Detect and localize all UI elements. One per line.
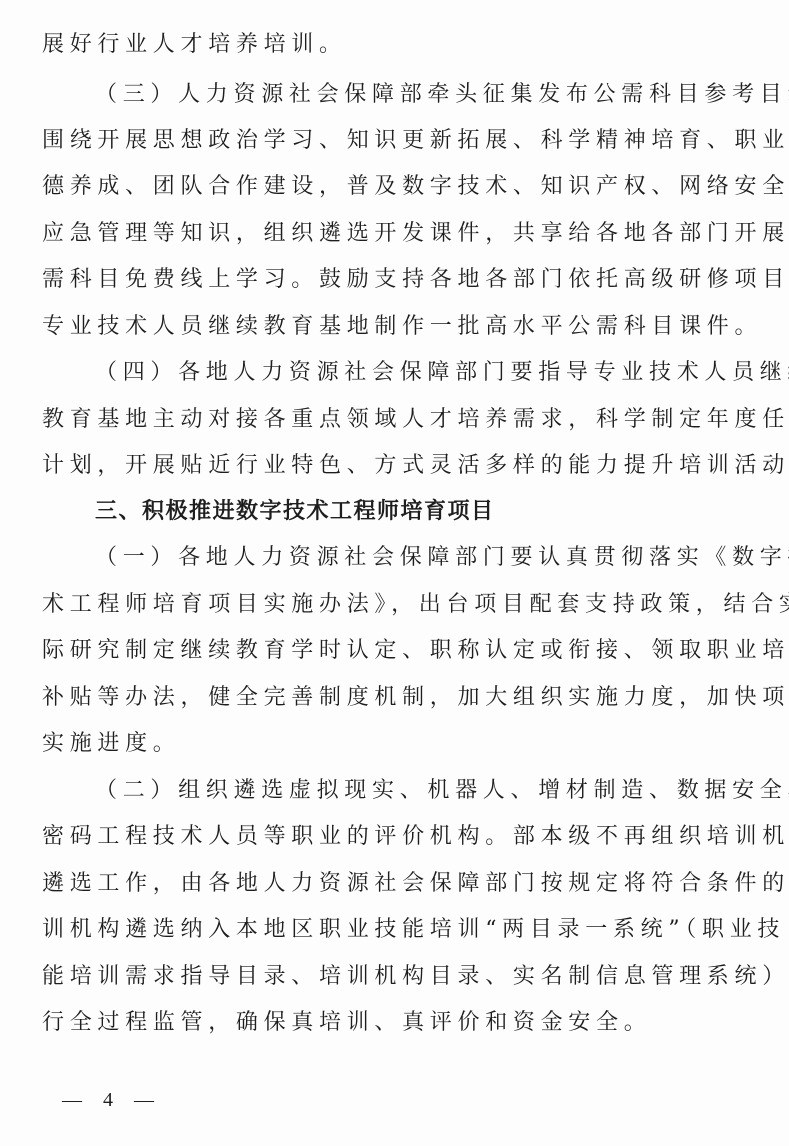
paragraph-line: 遴选工作，由各地人力资源社会保障部门按规定将符合条件的培 (42, 869, 742, 899)
paragraph-item-1-start: （一）各地人力资源社会保障部门要认真贯彻落实《数字技 (95, 543, 789, 573)
paragraph-line: 训机构遴选纳入本地区职业技能培训“两目录一系统”（职业技 (42, 915, 742, 945)
paragraph-line: 专业技术人员继续教育基地制作一批高水平公需科目课件。 (42, 312, 742, 342)
paragraph-line: 教育基地主动对接各重点领域人才培养需求，科学制定年度任务 (42, 405, 742, 435)
paragraph-item-2-start: （二）组织遴选虚拟现实、机器人、增材制造、数据安全、 (95, 776, 789, 806)
paragraph-line: 需科目免费线上学习。鼓励支持各地各部门依托高级研修项目、 (42, 265, 742, 295)
paragraph-line: 围绕开展思想政治学习、知识更新拓展、科学精神培育、职业道 (42, 126, 742, 156)
paragraph-line: 实施进度。 (42, 729, 742, 759)
paragraph-line: 密码工程技术人员等职业的评价机构。部本级不再组织培训机构 (42, 822, 742, 852)
paragraph-line: 展好行业人才培养培训。 (42, 30, 742, 60)
section-heading: 三、积极推进数字技术工程师培育项目 (95, 497, 789, 527)
paragraph-line: 补贴等办法，健全完善制度机制，加大组织实施力度，加快项目 (42, 683, 742, 713)
paragraph-item-4-start: （四）各地人力资源社会保障部门要指导专业技术人员继续 (95, 358, 789, 388)
paragraph-line: 能培训需求指导目录、培训机构目录、实名制信息管理系统）进 (42, 962, 742, 992)
paragraph-line: 行全过程监管，确保真培训、真评价和资金安全。 (42, 1008, 742, 1038)
paragraph-line: 计划，开展贴近行业特色、方式灵活多样的能力提升培训活动。 (42, 451, 742, 481)
page-number: — 4 — (62, 1088, 162, 1112)
paragraph-line: 应急管理等知识，组织遴选开发课件，共享给各地各部门开展公 (42, 219, 742, 249)
document-page: 展好行业人才培养培训。 （三）人力资源社会保障部牵头征集发布公需科目参考目录， … (0, 0, 789, 1146)
paragraph-line: 术工程师培育项目实施办法》，出台项目配套支持政策，结合实 (42, 590, 742, 620)
paragraph-line: 德养成、团队合作建设，普及数字技术、知识产权、网络安全、 (42, 172, 742, 202)
paragraph-item-3-start: （三）人力资源社会保障部牵头征集发布公需科目参考目录， (95, 80, 789, 110)
paragraph-line: 际研究制定继续教育学时认定、职称认定或衔接、领取职业培训 (42, 636, 742, 666)
